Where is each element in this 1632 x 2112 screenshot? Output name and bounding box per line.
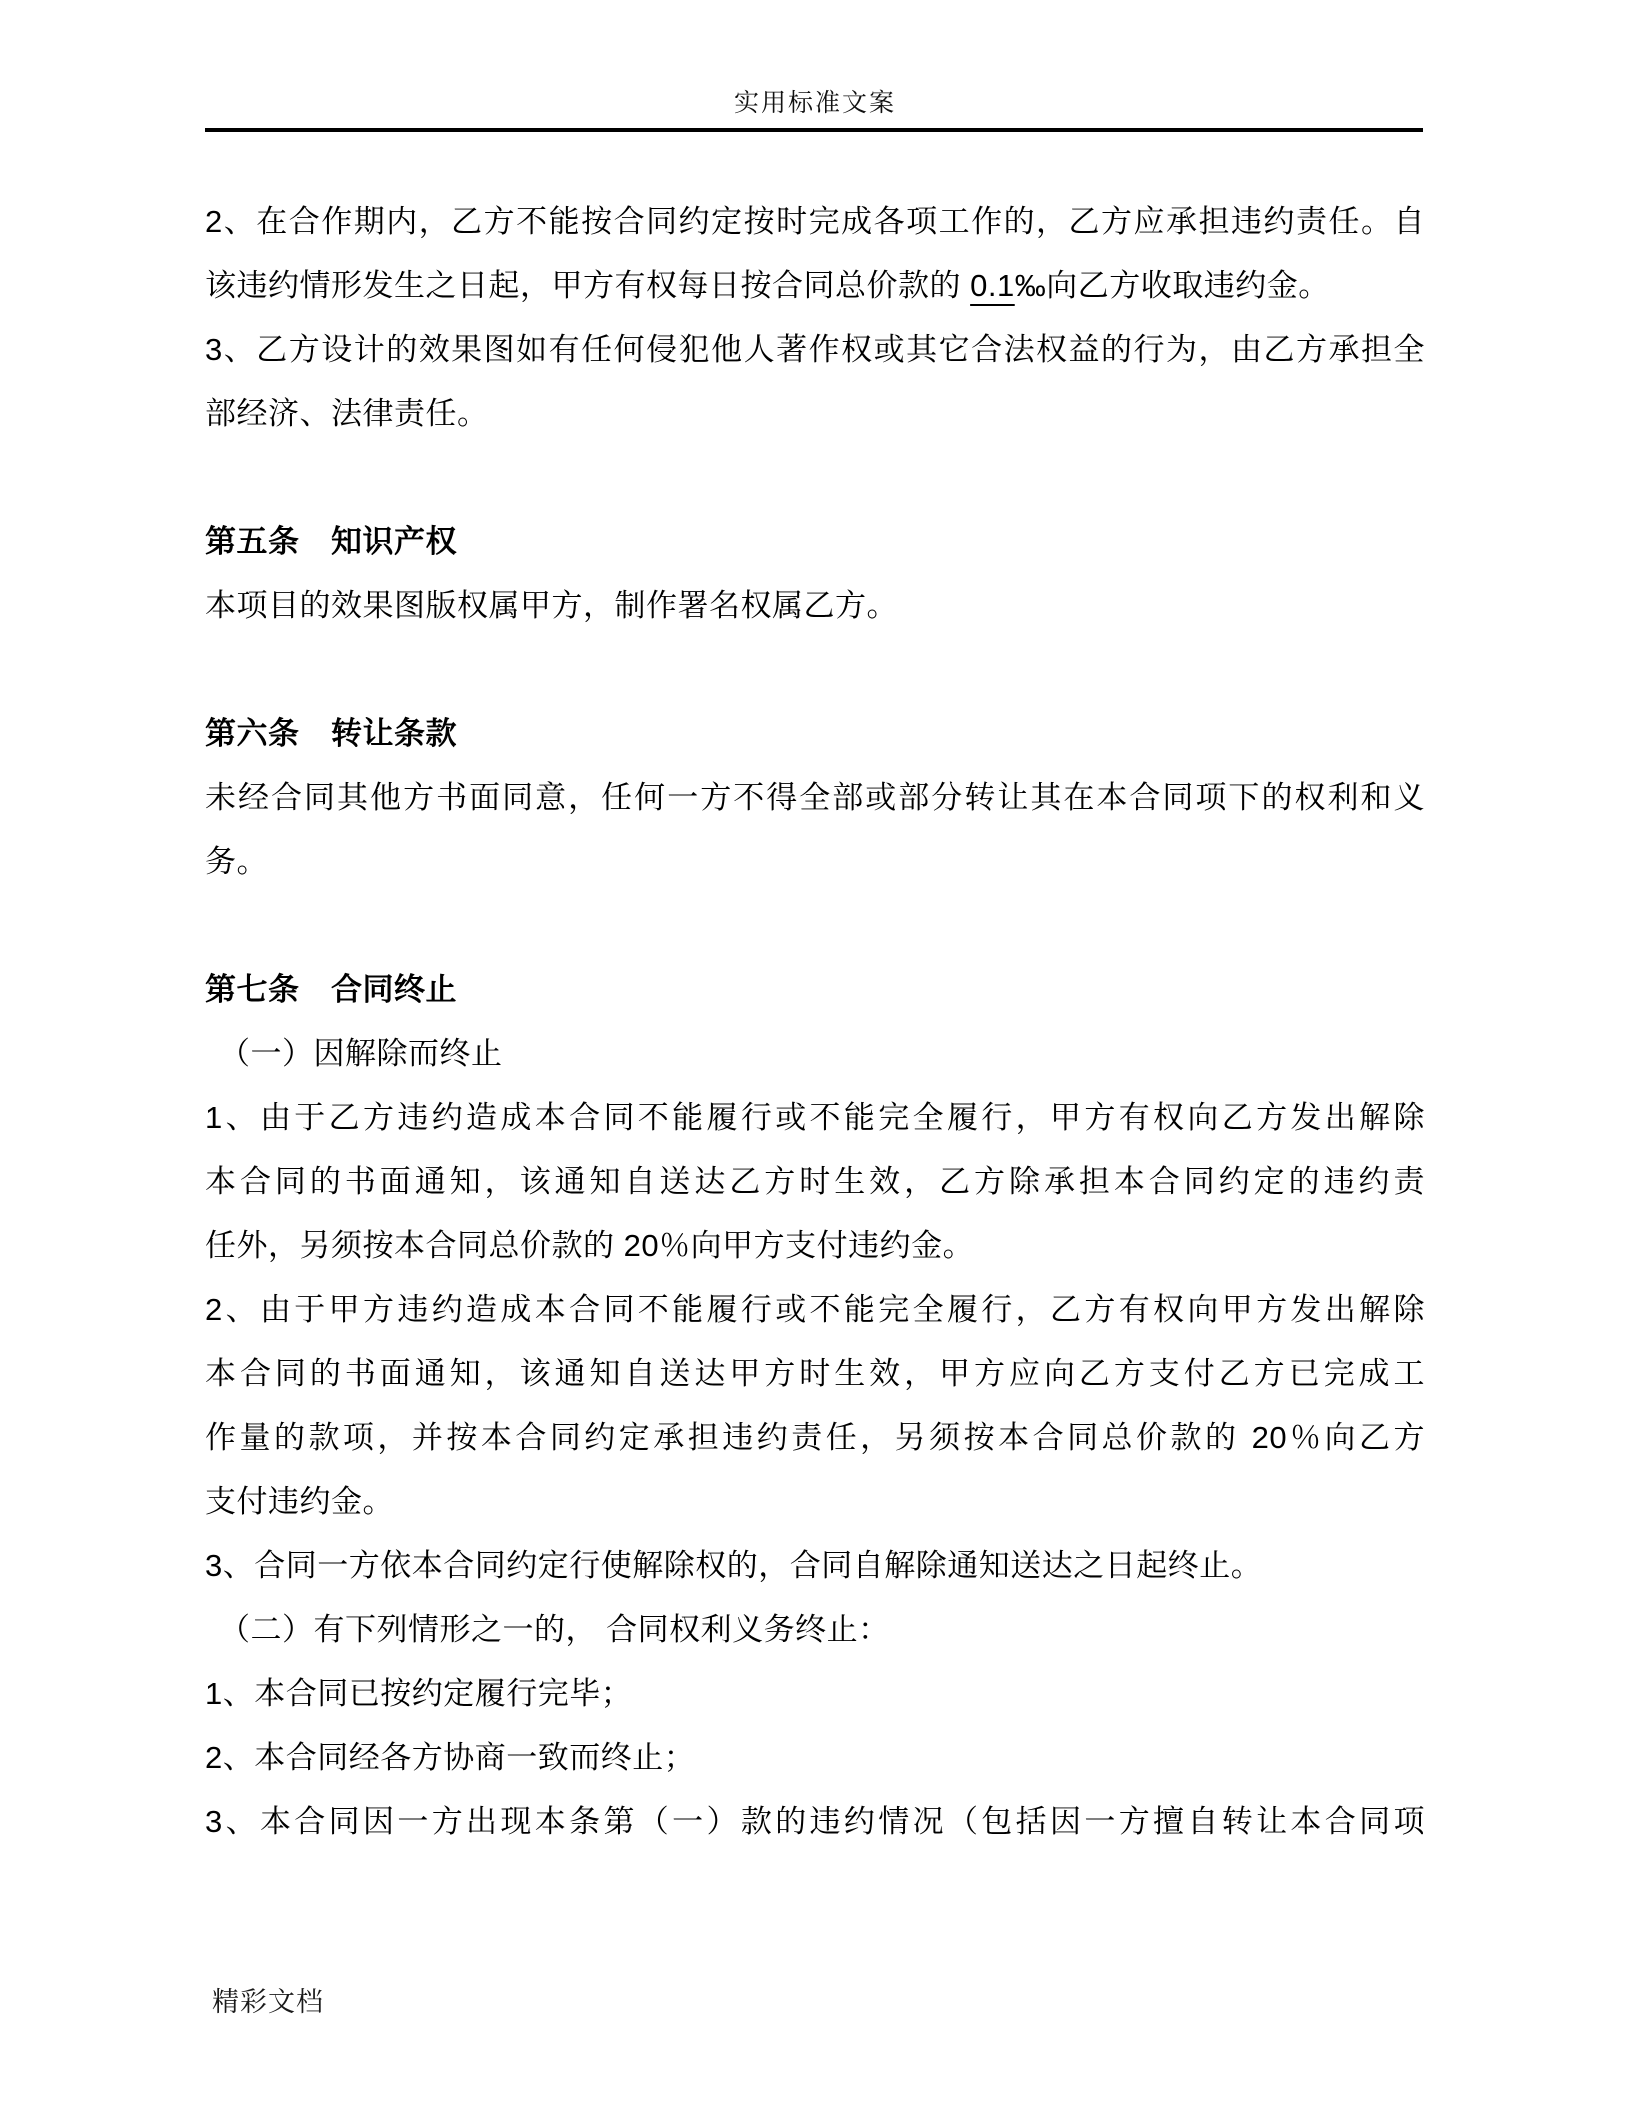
text-line: （二）有下列情形之一的， 合同权利义务终止： [205, 1598, 1425, 1662]
text-segment: ‰向乙方收取违约金。 [1015, 268, 1330, 303]
blank-line [205, 894, 1425, 958]
text-line: 1、本合同已按约定履行完毕； [205, 1662, 1425, 1726]
underlined-value: 0.1 [970, 268, 1015, 303]
text-segment: 该违约情形发生之日起，甲方有权每日按合同总价款的 [205, 268, 970, 303]
text-line: 本合同的书面通知，该通知自送达乙方时生效，乙方除承担本合同约定的违约责 [205, 1150, 1425, 1214]
section-heading-line: 第五条 知识产权 [205, 510, 1425, 574]
text-line: 1、由于乙方违约造成本合同不能履行或不能完全履行，甲方有权向乙方发出解除 [205, 1086, 1425, 1150]
text-line: 本合同的书面通知，该通知自送达甲方时生效，甲方应向乙方支付乙方已完成工 [205, 1342, 1425, 1406]
text-line: 部经济、法律责任。 [205, 382, 1425, 446]
document-page: 实用标准文案 2、在合作期内，乙方不能按合同约定按时完成各项工作的，乙方应承担违… [0, 0, 1632, 2112]
text-line: 3、本合同因一方出现本条第（一）款的违约情况（包括因一方擅自转让本合同项 [205, 1790, 1425, 1854]
blank-line [205, 446, 1425, 510]
section-heading-line: 第七条 合同终止 [205, 958, 1425, 1022]
text-line: 3、合同一方依本合同约定行使解除权的，合同自解除通知送达之日起终止。 [205, 1534, 1425, 1598]
text-line: 该违约情形发生之日起，甲方有权每日按合同总价款的 0.1‰向乙方收取违约金。 [205, 254, 1425, 318]
section-heading-line: 第六条 转让条款 [205, 702, 1425, 766]
text-line: 2、由于甲方违约造成本合同不能履行或不能完全履行，乙方有权向甲方发出解除 [205, 1278, 1425, 1342]
text-line: 任外，另须按本合同总价款的 20％向甲方支付违约金。 [205, 1214, 1425, 1278]
text-line: （一）因解除而终止 [205, 1022, 1425, 1086]
text-line: 支付违约金。 [205, 1470, 1425, 1534]
text-line: 2、本合同经各方协商一致而终止； [205, 1726, 1425, 1790]
document-body: 2、在合作期内，乙方不能按合同约定按时完成各项工作的，乙方应承担违约责任。自该违… [205, 190, 1425, 1854]
text-line: 本项目的效果图版权属甲方，制作署名权属乙方。 [205, 574, 1425, 638]
page-header-title: 实用标准文案 [205, 90, 1425, 118]
page-footer-label: 精彩文档 [212, 1980, 324, 2019]
text-line: 作量的款项，并按本合同约定承担违约责任，另须按本合同总价款的 20％向乙方 [205, 1406, 1425, 1470]
blank-line [205, 638, 1425, 702]
text-line: 未经合同其他方书面同意，任何一方不得全部或部分转让其在本合同项下的权利和义 [205, 766, 1425, 830]
text-line: 2、在合作期内，乙方不能按合同约定按时完成各项工作的，乙方应承担违约责任。自 [205, 190, 1425, 254]
text-line: 务。 [205, 830, 1425, 894]
text-line: 3、乙方设计的效果图如有任何侵犯他人著作权或其它合法权益的行为，由乙方承担全 [205, 318, 1425, 382]
header-divider-rule [205, 128, 1423, 132]
